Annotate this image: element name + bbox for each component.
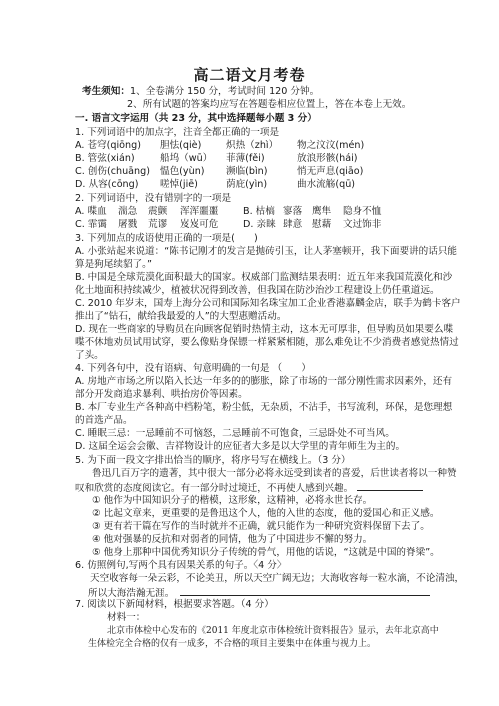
q2-option-cell: 文过饰非 — [343, 219, 381, 231]
exam-page: 高二语文月考卷 考生须知：1、全卷满分 150 分，考试时间 120 分钟。 2… — [0, 0, 499, 706]
q3-line: C. 2010 年岁末，国寿上海分公司和国际知名珠宝加工企业香港嘉麟金店，联手为… — [75, 298, 461, 310]
q5-sentence: ③ 更有若干篇在写作的当时就并不正确，就只能作为一种研究资料保留下去了。 — [92, 521, 430, 533]
q1-option-cell: A. 苍穹(qiōng) — [75, 140, 141, 152]
notice-1: 考生须知：1、全卷满分 150 分，考试时间 120 分钟。 — [82, 86, 319, 98]
q5-sentence: ④ 他对强暴的反抗和对弱者的同情，他为了中国进步不懈的努力。 — [92, 534, 372, 546]
q2-option-cell: 鹰隼 — [312, 206, 331, 218]
q3-line: A. 小张站起来说道：“陈书记刚才的发言是抛砖引玉，让人茅塞顿开，我下面要讲的话… — [75, 246, 457, 258]
q2-option-cell: 荒谬 — [148, 219, 167, 231]
q5-answer-blank[interactable] — [357, 481, 423, 491]
q2-stem: 2. 下列词语中，没有错别字的一项是 — [75, 193, 231, 205]
q2-option-cell: 湍急 — [118, 206, 137, 218]
q1-option-cell: 船坞（wū） — [160, 153, 212, 165]
q1-option-cell: 悄无声息(qiāo) — [297, 166, 363, 178]
q1-option-cell: 濒临(bìn) — [226, 166, 268, 178]
q1-option-cell: 炽热（zhì） — [226, 140, 278, 152]
q2-option-cell: 屠戮 — [118, 219, 137, 231]
q4-line: A. 房地产市场之所以陷入长达一年多的的膨胀，除了市场的一部分刚性需求因素外，还… — [75, 376, 452, 388]
q1-option-cell: D. 从容(cōng) — [75, 179, 138, 191]
q6-example-1: 天空收容每一朵云彩，不论美丑，所以天空广阔无边；大海收容每一粒水滴，不论清浊， — [90, 573, 464, 585]
q7-material-1: 北京市体检中心发布的《2011 年度北京市体检统计资料报告》显示，去年北京高中 — [107, 625, 439, 637]
q2-option-cell: 慰藉 — [312, 219, 331, 231]
q3-stem: 3. 下列加点的成语使用正确的一项是( ) — [75, 233, 258, 245]
q3-line: 化土地面积持续减少，植被状况得到改善，但我国在防沙治沙工程建设上仍任重道远。 — [75, 285, 440, 297]
q7-stem: 7. 阅读以下新闻材料，根据要求答题。（4 分） — [75, 599, 274, 611]
q1-option-cell: 胆怯(qiè) — [160, 140, 201, 152]
q1-option-cell: 愠色(yùn) — [160, 166, 205, 178]
q3-line: 算是狗尾续貂了。” — [75, 259, 152, 271]
section-heading: 一. 语言文字运用（共 23 分，其中选择题每小题 3 分） — [75, 113, 317, 125]
q4-line: 部分开发商追求暴利、哄抬房价等因素。 — [75, 389, 248, 401]
q7-material-2: 生体检完全合格的仅有一成多，不合格的项目主要集中在体重与视力上。 — [88, 638, 376, 650]
q1-stem: 1. 下列词语中的加点字，注音全都正确的一项是 — [75, 127, 279, 139]
q5-sentence: ② 比起文章来，更重要的是鲁迅这个人，他的入世的态度，他的爱国心和正义感。 — [92, 508, 439, 520]
q3-line: 了头。 — [75, 350, 104, 362]
q6-example-2: 所以大海浩瀚无涯。 — [88, 586, 430, 600]
q3-line: B. 中国是全球荒漠化面积最大的国家。权威部门监测结果表明：近五年来我国荒漠化和… — [75, 272, 452, 284]
q5-passage-1: 鲁迅几百万字的遗著，其中很大一部分必将永远受到读者的喜爱，后世读者将以一种赞 — [92, 468, 457, 480]
q4-stem: 4. 下列各句中，没有语病、句意明确的一句是 （ ） — [75, 363, 311, 375]
q4-line: 的首选产品。 — [75, 415, 133, 427]
q5-stem: 5. 为下面一段文字排出恰当的顺序，将序号写在横线上。（3 分） — [75, 455, 351, 467]
q2-option-cell: C. 霏霭 — [75, 219, 107, 231]
q2-option-cell: 肆意 — [283, 219, 302, 231]
q1-option-cell: 放浪形骸(hái) — [297, 153, 358, 165]
q2-option-cell: 隐身不恤 — [343, 206, 381, 218]
q4-line: D. 这届全运会会徽、吉祥物设计的应征者大多是以大学里的青年师生为主的。 — [75, 441, 405, 453]
q3-line: D. 现在一些商家的导购员在向顾客促销时热情主动，这本无可厚非，但导购员如果要么… — [75, 324, 453, 336]
q2-option-cell: D. 亲睐 — [243, 219, 276, 231]
q5-sentence: ⑤ 他身上那种中国优秀知识分子传统的骨气，用他的话说，“这就是中国的脊梁”。 — [92, 547, 440, 559]
notice-2: 2、所有试题的答案均应写在答题卷相应位置上，答在本卷上无效。 — [127, 99, 411, 111]
page-title: 高二语文月考卷 — [0, 64, 499, 85]
q1-option-cell: 曲水流觞(qū) — [297, 179, 355, 191]
q1-option-cell: 物之汶汶(mén) — [297, 140, 364, 152]
q1-option-cell: 菲薄(fěi) — [226, 153, 265, 165]
q5-sentence: ① 他作为中国知识分子的楷模，这形象，这精神，必将永世长存。 — [92, 495, 372, 507]
q1-option-cell: 嗟悼(jiē) — [160, 179, 198, 191]
q2-option-cell: 浑浑噩噩 — [180, 206, 218, 218]
q3-line: 推出了“钻石，献给我最爱的人”的大型惠赠活动。 — [75, 311, 286, 323]
q4-line: B. 本厂专业生产各种高中档粉笔，粉尘低，无杂质，不沾手，书写流利，环保，是您理… — [75, 402, 452, 414]
q6-answer-blank[interactable] — [180, 586, 430, 596]
q1-option-cell: B. 管弦(xián) — [75, 153, 135, 165]
q7-material-label: 材料一： — [107, 612, 145, 624]
q6-stem: 6. 仿照例句,写两个具有因果关系的句子。〈4 分〉 — [75, 560, 286, 572]
q5-passage-2: 叹和欣赏的态度阅读它。有一部分时过境迁，不再使人感到兴趣。 — [75, 481, 423, 495]
q2-option-cell: B. 枯槁 — [243, 206, 275, 218]
q4-line: C. 睡眠三忌：一忌睡前不可恼怒，二忌睡前不可饱食，三忌卧处不可当风。 — [75, 428, 395, 440]
q1-option-cell: C. 创伤(chuāng) — [75, 166, 150, 178]
notice-label: 考生须知： — [82, 86, 130, 97]
q2-option-cell: 岌岌可危 — [180, 219, 218, 231]
q2-option-cell: A. 喋血 — [75, 206, 107, 218]
q3-line: 喋不休地劝员试用试穿，要么像贴身保镖一样紧紧相随，那么难免让不少消费者感觉热情过 — [75, 337, 459, 349]
q1-option-cell: 荫庇(yìn) — [226, 179, 267, 191]
q2-option-cell: 寥落 — [283, 206, 302, 218]
q2-option-cell: 震颤 — [148, 206, 167, 218]
